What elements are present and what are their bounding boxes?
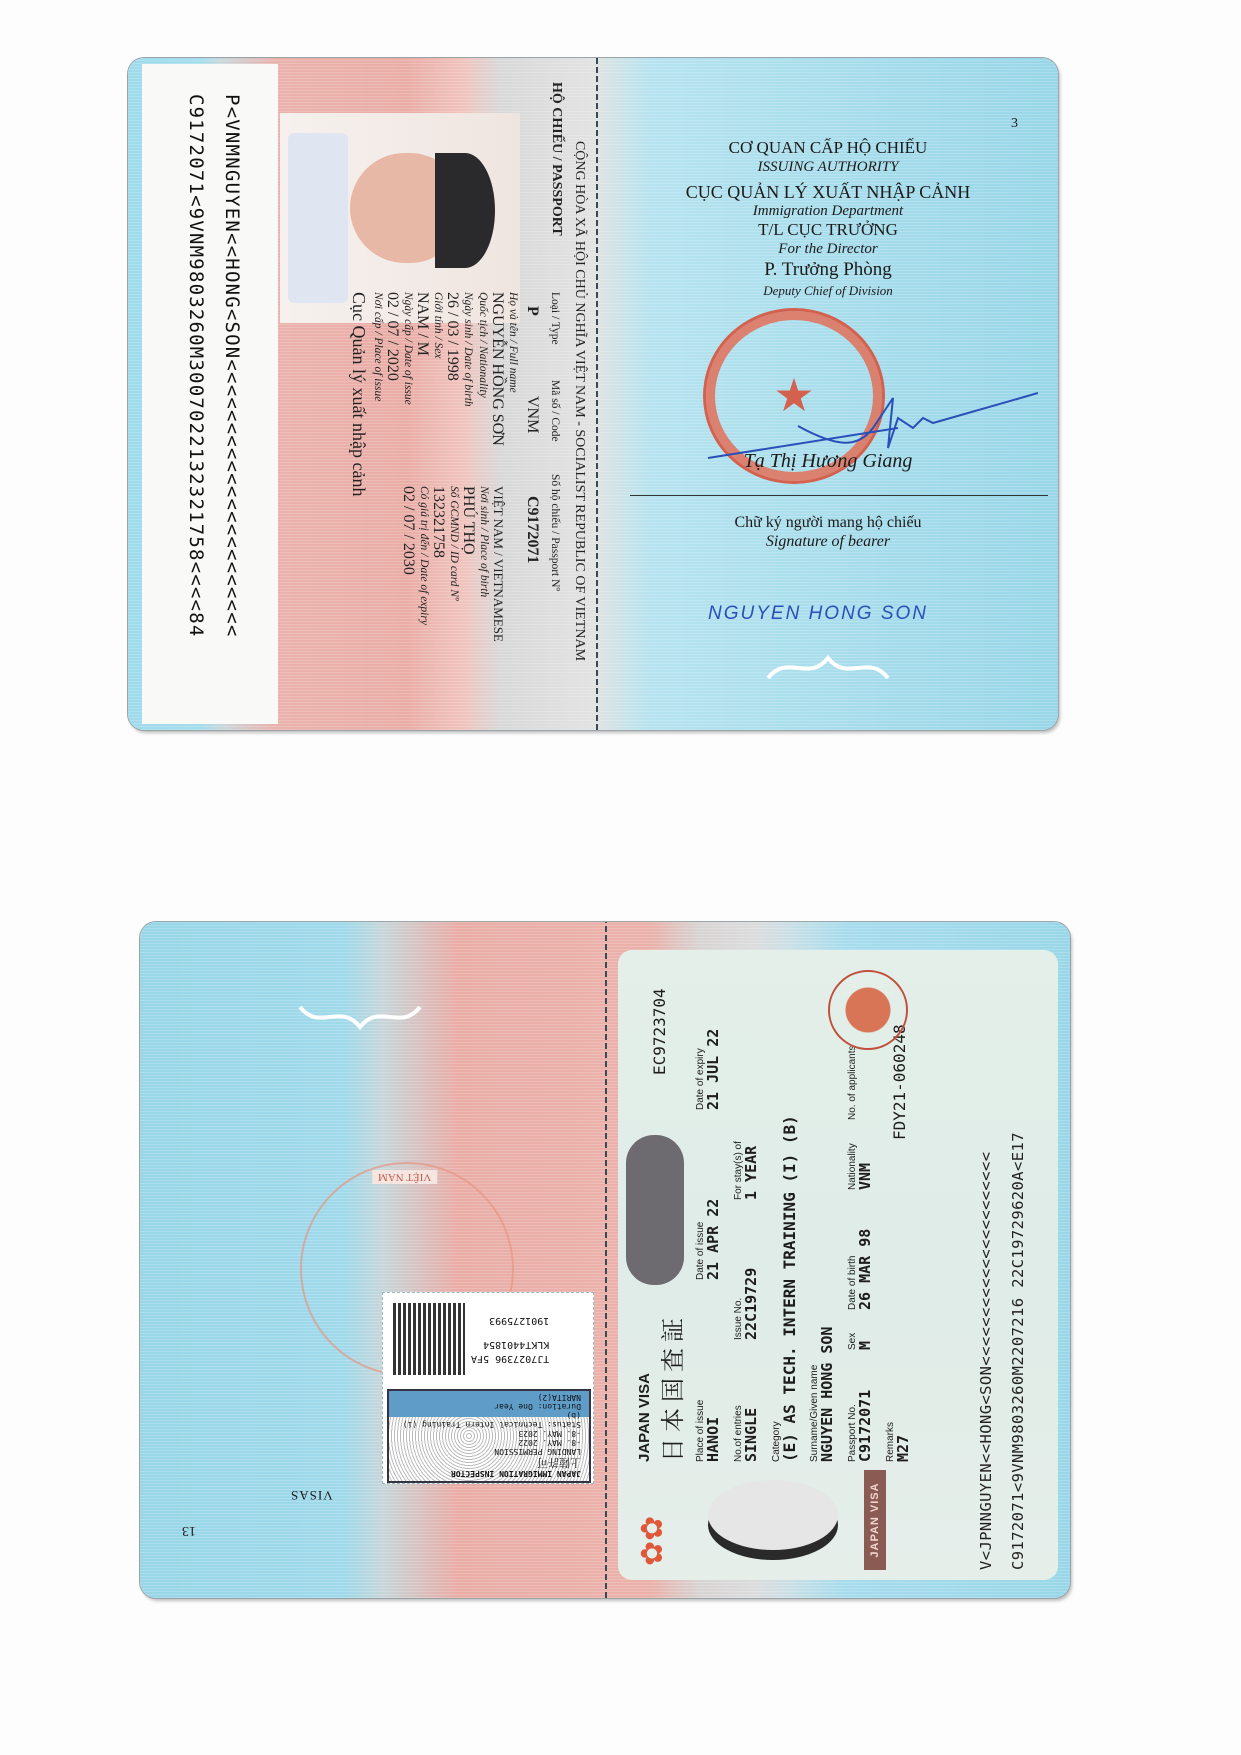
date-of-issue: Date of issue 21 APR 22 [696,1199,721,1280]
data-page-fields: CỘNG HÒA XÃ HỘI CHỦ NGHĨA VIỆT NAM - SOC… [260,66,590,726]
visa-photo-banner: JAPAN VISA [864,1470,886,1570]
sticker-codes: TJ7027396 5FA KLKT4401854 1901275993 [471,1313,549,1365]
place-of-issue-value: HANOI [706,1400,721,1462]
dob-label: Ngày sinh / Date of birth [460,292,475,496]
stamp-title: JAPAN IMMIGRATION INSPECTOR [395,1469,581,1478]
expiry-value: 02 / 07 / 2030 [401,486,416,642]
sex-value: NAM / M [415,292,430,496]
visa-number: EC9723704 [650,988,669,1075]
stamp-port: NARITA(2) [395,1393,581,1402]
right-fields: VIỆT NAM / VIETNAMESE Nơi sinh / Place o… [401,486,506,642]
mrz-line-2: C9172071<9VNM9803260M3007022132321758<<<… [178,94,214,730]
passport-spread-top: P<VNMNGUYEN<<HONG<SON<<<<<<<<<<<<<<<<<<<… [128,58,1058,730]
place-of-issue-label: Nơi cấp / Place of issue [370,292,385,496]
dob-value: 26 / 03 / 1998 [445,292,460,496]
place-of-issue-value: Cục Quản lý xuất nhập cảnh [348,292,370,496]
entries: No.of entries SINGLE [734,1405,759,1462]
applicants-label: No. of applicants [848,1046,858,1121]
type-row: P VNM C9172071 [520,66,540,726]
nationality-label: Quốc tịch / Nationality [475,292,490,496]
remarks-value: M27 [896,1422,911,1462]
id-card-label: Số GCMND / ID card Nº [446,486,461,642]
stamp-duration: One Year [494,1402,533,1411]
visa-mrz: V<JPNNGUYEN<<HONG<SON<<<<<<<<<<<<<<<<<<<… [970,1132,1034,1570]
pob-label: Nơi sinh / Place of birth [476,486,491,642]
passport-no: Passport No. C9172071 [848,1390,873,1462]
visa-passport-no-value: C9172071 [858,1390,873,1462]
page-number-3: 3 [1011,116,1018,132]
type-label: Loại / Type [547,292,562,345]
qr-code-icon [393,1303,465,1375]
stay: For stay(s) of 1 YEAR [734,1141,759,1200]
page-fold-divider [596,58,598,730]
for-director-vi: T/L CỤC TRƯỞNG [608,220,1048,240]
signature-divider [630,495,1048,496]
country-header: CỘNG HÒA XÃ HỘI CHỦ NGHĨA VIỆT NAM - SOC… [568,66,590,726]
page-fold-divider-bottom [605,922,607,1598]
field-grid: Quốc tịch / Nationality Ngày sinh / Date… [240,66,490,726]
title-row: HỘ CHIẾU / PASSPORT Loại / Type Mã số / … [540,66,568,726]
applicants: No. of applicants [848,1046,858,1121]
dob: Date of birth 26 MAR 98 [848,1229,873,1310]
code-label: Mã số / Code [547,380,562,442]
visa-nationality-value: VNM [858,1143,873,1190]
cherry-blossom-icon: ✿✿ [638,1516,668,1566]
issue-no-value: 22C19729 [744,1268,759,1340]
issuing-authority-en: ISSUING AUTHORITY [608,158,1048,176]
issue-date-value: 02 / 07 / 2020 [385,292,400,496]
department-vi: CỤC QUẢN LÝ XUẤT NHẬP CẢNH [608,182,1048,202]
id-card-value: 132321758 [431,486,446,642]
bearer-signature: NGUYEN HONG SON [708,603,928,625]
document-title: HỘ CHIẾU / PASSPORT [549,82,564,236]
visa-mrz-line-2: C9172071<9VNM9803260M2207216 22C19729620… [1002,1132,1034,1570]
ornament-icon-bottom [290,992,430,1042]
ornament-icon [758,648,898,688]
name-value: NGUYEN HONG SON [820,1327,835,1462]
department-en: Immigration Department [608,202,1048,220]
nationality-field: Quốc tịch / Nationality Ngày sinh / Date… [348,292,490,496]
sticker-code-2: KLKT4401854 [471,1337,549,1351]
row-1: Place of issue HANOI [696,1400,721,1462]
authority-page: 3 CƠ QUAN CẤP HỘ CHIẾU ISSUING AUTHORITY… [608,58,1048,730]
stamp-date-2: -8. MAY. 2023 [395,1429,581,1438]
stamp-status: Status: Technical Intern Training (i)(b) [395,1411,581,1429]
passport-no-label: Số hộ chiếu / Passport Nº [547,474,562,591]
visa-photo: JAPAN VISA [688,1470,898,1570]
visa-header: JAPAN VISA 日本国査証 [636,1312,688,1462]
stamp-permission: LANDING PERMISSION [395,1447,581,1456]
full-name-label: Họ và tên / Full name [505,292,520,726]
visa-dob-value: 26 MAR 98 [858,1229,873,1310]
visa-header-jp: 日本国査証 [653,1312,688,1462]
sex-label: Giới tính / Sex [430,292,445,496]
stamp-duration-label: Duration: [538,1402,581,1411]
visa-header-en: JAPAN VISA [636,1312,653,1462]
ref-no: FDY21-060248 [890,1024,909,1140]
sticker-code-3: TJ7027396 5FA [471,1351,549,1365]
stamp-date-1: -8. MAY. 2022 [395,1438,581,1447]
visa-content: JAPAN VISA 日本国査証 EC9723704 Place of issu… [618,950,1058,1580]
japan-hologram-icon [626,1135,684,1285]
category-value: (E) AS TECH. INTERN TRAINING (I) (B) [782,1115,797,1462]
nationality-value: VIỆT NAM / VIETNAMESE [491,486,506,642]
sticker-code-1: 1901275993 [471,1313,549,1327]
emblem-banner: VIỆT NAM [372,1170,437,1184]
date-of-expiry-value: 21 JUL 22 [706,1029,721,1110]
bearer-signature-block: Chữ ký người mang hộ chiếu Signature of … [608,513,1048,551]
visa-mrz-line-1: V<JPNNGUYEN<<HONG<SON<<<<<<<<<<<<<<<<<<<… [970,1132,1002,1570]
stay-value: 1 YEAR [744,1141,759,1200]
passport-spread-bottom: VIỆT NAM TJ7027396 5FA KLKT4401854 19012… [140,922,1070,1598]
deputy-en: Deputy Chief of Division [608,282,1048,300]
code-value: VNM [525,396,540,433]
signatory-name: Tạ Thị Hương Giang [608,450,1048,473]
authority-block: CƠ QUAN CẤP HỘ CHIẾU ISSUING AUTHORITY C… [608,58,1048,300]
remarks: Remarks M27 [886,1422,911,1462]
for-director-en: For the Director [608,240,1048,258]
landing-permission-sticker[interactable]: TJ7027396 5FA KLKT4401854 1901275993 JAP… [382,1292,594,1484]
bearer-signature-label-en: Signature of bearer [608,533,1048,551]
sex: Sex M [848,1333,873,1350]
nationality: Nationality VNM [848,1143,873,1190]
issue-date-label: Ngày cấp / Date of issue [400,292,415,496]
date-of-issue-value: 21 APR 22 [706,1199,721,1280]
japan-visa: JAPAN VISA 日本国査証 EC9723704 Place of issu… [618,950,1058,1580]
mofa-seal-icon [828,970,908,1050]
stamp-kanji: 上陸許可 [395,1456,581,1469]
visa-sex-value: M [858,1333,873,1350]
category: Category (E) AS TECH. INTERN TRAINING (I… [772,1115,797,1462]
passport-no-value: C9172071 [525,496,540,564]
type-value: P [525,306,540,316]
deputy-vi: P. Trưởng Phòng [608,258,1048,282]
bearer-signature-label-vi: Chữ ký người mang hộ chiếu [608,513,1048,533]
pob-value: PHÚ THỌ [461,486,476,642]
name: Surname/Given name NGUYEN HONG SON [810,1327,835,1462]
issuing-authority-vi: CƠ QUAN CẤP HỘ CHIẾU [608,138,1048,158]
entries-value: SINGLE [744,1405,759,1462]
visa-photo-face [708,1480,838,1550]
date-of-expiry: Date of expiry 21 JUL 22 [696,1029,721,1110]
immigration-stamp: JAPAN IMMIGRATION INSPECTOR 上陸許可 LANDING… [387,1389,591,1483]
page-number-13: 13 [182,1522,196,1538]
stamp-text: JAPAN IMMIGRATION INSPECTOR 上陸許可 LANDING… [395,1393,581,1478]
visas-label: VISAS [290,1487,333,1503]
expiry-label: Có giá trị đến / Date of expiry [416,486,431,642]
issue-no: Issue No. 22C19729 [734,1268,759,1340]
